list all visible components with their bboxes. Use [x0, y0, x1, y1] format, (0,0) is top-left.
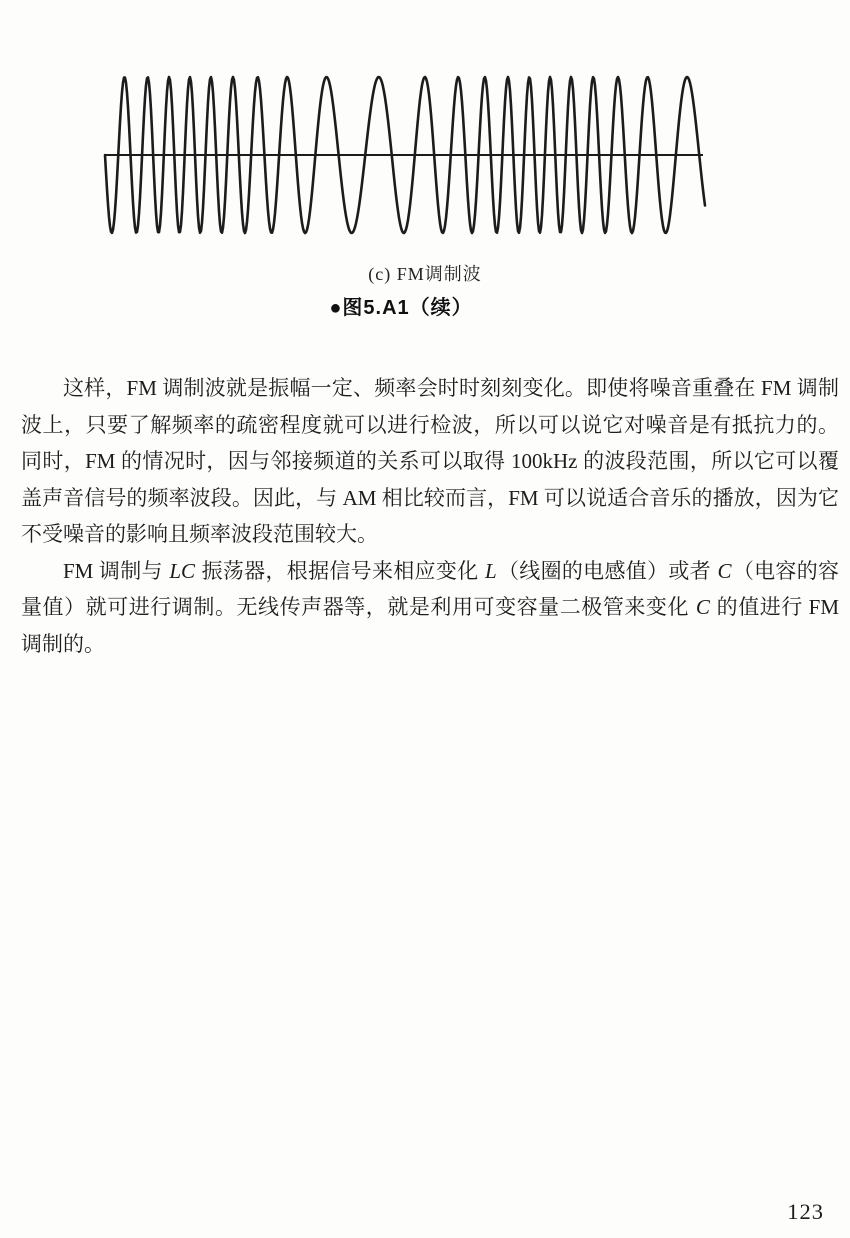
fm-wave-path — [105, 77, 705, 233]
figure-sub-caption: (c) FM调制波 — [0, 260, 850, 286]
body-text: 这样，FM 调制波就是振幅一定、频率会时时刻刻变化。即使将噪音重叠在 FM 调制… — [21, 370, 839, 662]
figure-caption: ●图5.A1（续） — [0, 291, 826, 320]
paragraph-1: 这样，FM 调制波就是振幅一定、频率会时时刻刻变化。即使将噪音重叠在 FM 调制… — [21, 370, 839, 553]
paragraph-2: FM 调制与 LC 振荡器，根据信号来相应变化 L（线圈的电感值）或者 C（电容… — [21, 553, 839, 663]
book-page: (c) FM调制波 ●图5.A1（续） 这样，FM 调制波就是振幅一定、频率会时… — [0, 0, 850, 1238]
page-number: 123 — [787, 1199, 824, 1225]
